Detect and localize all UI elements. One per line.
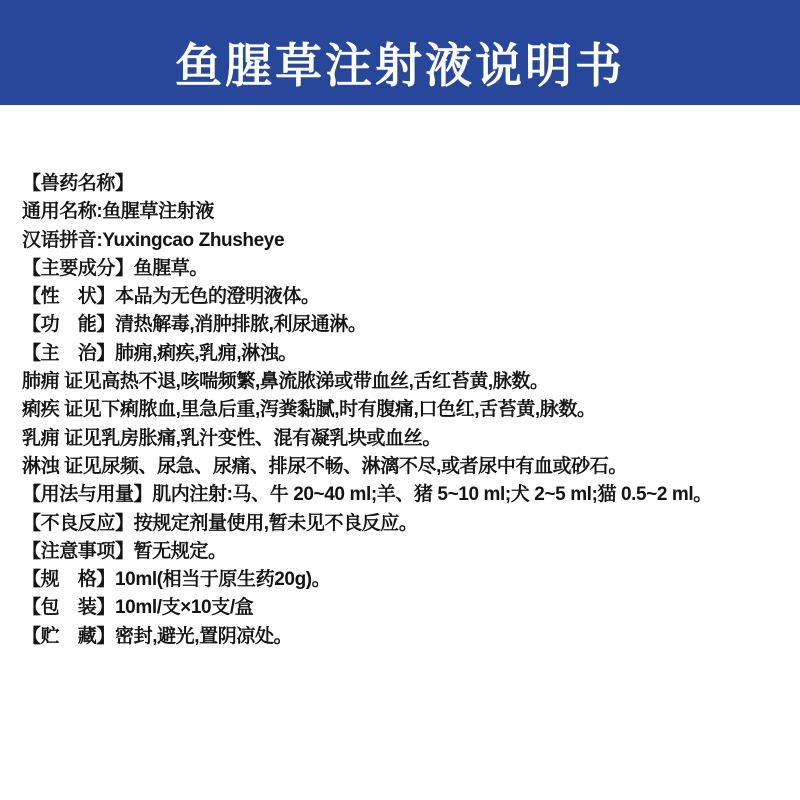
page-title: 鱼腥草注射液说明书 [175, 29, 625, 96]
doc-line-lung-abscess: 肺痈 证见高热不退,咳喘频繁,鼻流脓涕或带血丝,舌红苔黄,脉数。 [22, 368, 782, 396]
doc-line-packaging: 【包 装】10ml/支×10支/盒 [22, 594, 782, 622]
doc-line-precautions: 【注意事项】暂无规定。 [22, 538, 782, 566]
doc-line-generic-name: 通用名称:鱼腥草注射液 [22, 198, 782, 226]
doc-line-dysentery: 痢疾 证见下痢脓血,里急后重,泻粪黏腻,时有腹痛,口色红,舌苔黄,脉数。 [22, 396, 782, 424]
doc-line-pinyin: 汉语拼音:Yuxingcao Zhusheye [22, 227, 782, 255]
doc-line-function: 【功 能】清热解毒,消肿排脓,利尿通淋。 [22, 311, 782, 339]
doc-line-storage: 【贮 藏】密封,避光,置阴凉处。 [22, 623, 782, 651]
doc-line-specification: 【规 格】10ml(相当于原生药20g)。 [22, 566, 782, 594]
doc-line-stranguria: 淋浊 证见尿频、尿急、尿痛、排尿不畅、淋漓不尽,或者尿中有血或砂石。 [22, 453, 782, 481]
doc-line-adverse-reactions: 【不良反应】按规定剂量使用,暂未见不良反应。 [22, 510, 782, 538]
doc-line-appearance: 【性 状】本品为无色的澄明液体。 [22, 283, 782, 311]
doc-line-dosage: 【用法与用量】肌内注射:马、牛 20~40 ml;羊、猪 5~10 ml;犬 2… [22, 481, 782, 509]
doc-line-mastitis: 乳痈 证见乳房胀痛,乳汁变性、混有凝乳块或血丝。 [22, 425, 782, 453]
doc-line-drug-name-heading: 【兽药名称】 [22, 170, 782, 198]
doc-line-main-ingredient: 【主要成分】鱼腥草。 [22, 255, 782, 283]
doc-line-indications: 【主 治】肺痈,痢疾,乳痈,淋浊。 [22, 340, 782, 368]
instruction-sheet: 【兽药名称】 通用名称:鱼腥草注射液 汉语拼音:Yuxingcao Zhushe… [22, 170, 782, 651]
title-banner: 鱼腥草注射液说明书 [0, 0, 800, 105]
